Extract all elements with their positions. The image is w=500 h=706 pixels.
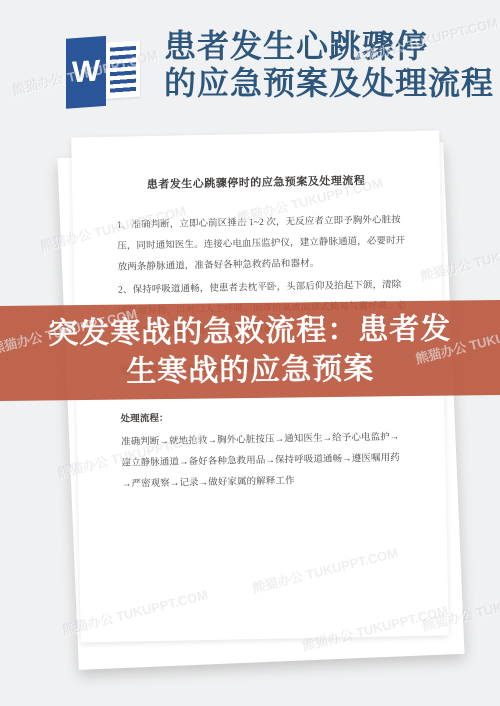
document-preview: W 患者发生心跳骤停 的应急预案及处理流程 患者发生心跳骤停时的应急预案及处理流… bbox=[0, 0, 500, 706]
doc-flow-line: →严密观察→记录→做好家属的解释工作 bbox=[122, 472, 295, 489]
doc-line: 2、保持呼吸道通畅，使患者去枕平卧，头部后仰及抬起下颌，清除 bbox=[118, 276, 401, 295]
word-file-icon: W bbox=[66, 33, 144, 108]
overlay-headline-line2: 生寒战的应急预案 bbox=[0, 347, 500, 392]
doc-section-heading: 处理流程： bbox=[120, 410, 168, 425]
preview-title-line2: 的应急预案及处理流程 bbox=[164, 65, 494, 102]
preview-title: 患者发生心跳骤停 的应急预案及处理流程 bbox=[164, 28, 494, 102]
document-title: 患者发生心跳骤停时的应急预案及处理流程 bbox=[72, 171, 440, 194]
doc-line: 1、准确判断，立即心前区捶击 1~2 次，无反应者立即予胸外心脏按 bbox=[117, 211, 401, 230]
doc-line: 压，同时通知医生。连接心电血压监护仪，建立静脉通道，必要时开 bbox=[117, 232, 405, 252]
overlay-headline-banner: 突发寒战的急救流程：患者发 生寒战的应急预案 bbox=[0, 300, 500, 401]
overlay-headline-line1: 突发寒战的急救流程：患者发 bbox=[0, 308, 500, 353]
word-icon-letter: W bbox=[66, 36, 106, 109]
doc-flow-line: 建立静脉通道→备好各种急救用品→保持呼吸道通畅→遵医嘱用药 bbox=[121, 449, 400, 468]
doc-line: 放两条静脉通道，准备好各种急救药品和器材。 bbox=[118, 255, 320, 273]
word-icon-sheet-lines bbox=[110, 46, 136, 94]
doc-flow-line: 准确判断→就地抢救→胸外心脏按压→通知医生→给予心电监护→ bbox=[121, 428, 400, 447]
word-icon-sheet bbox=[106, 41, 140, 99]
preview-title-line1: 患者发生心跳骤停 bbox=[164, 28, 494, 65]
